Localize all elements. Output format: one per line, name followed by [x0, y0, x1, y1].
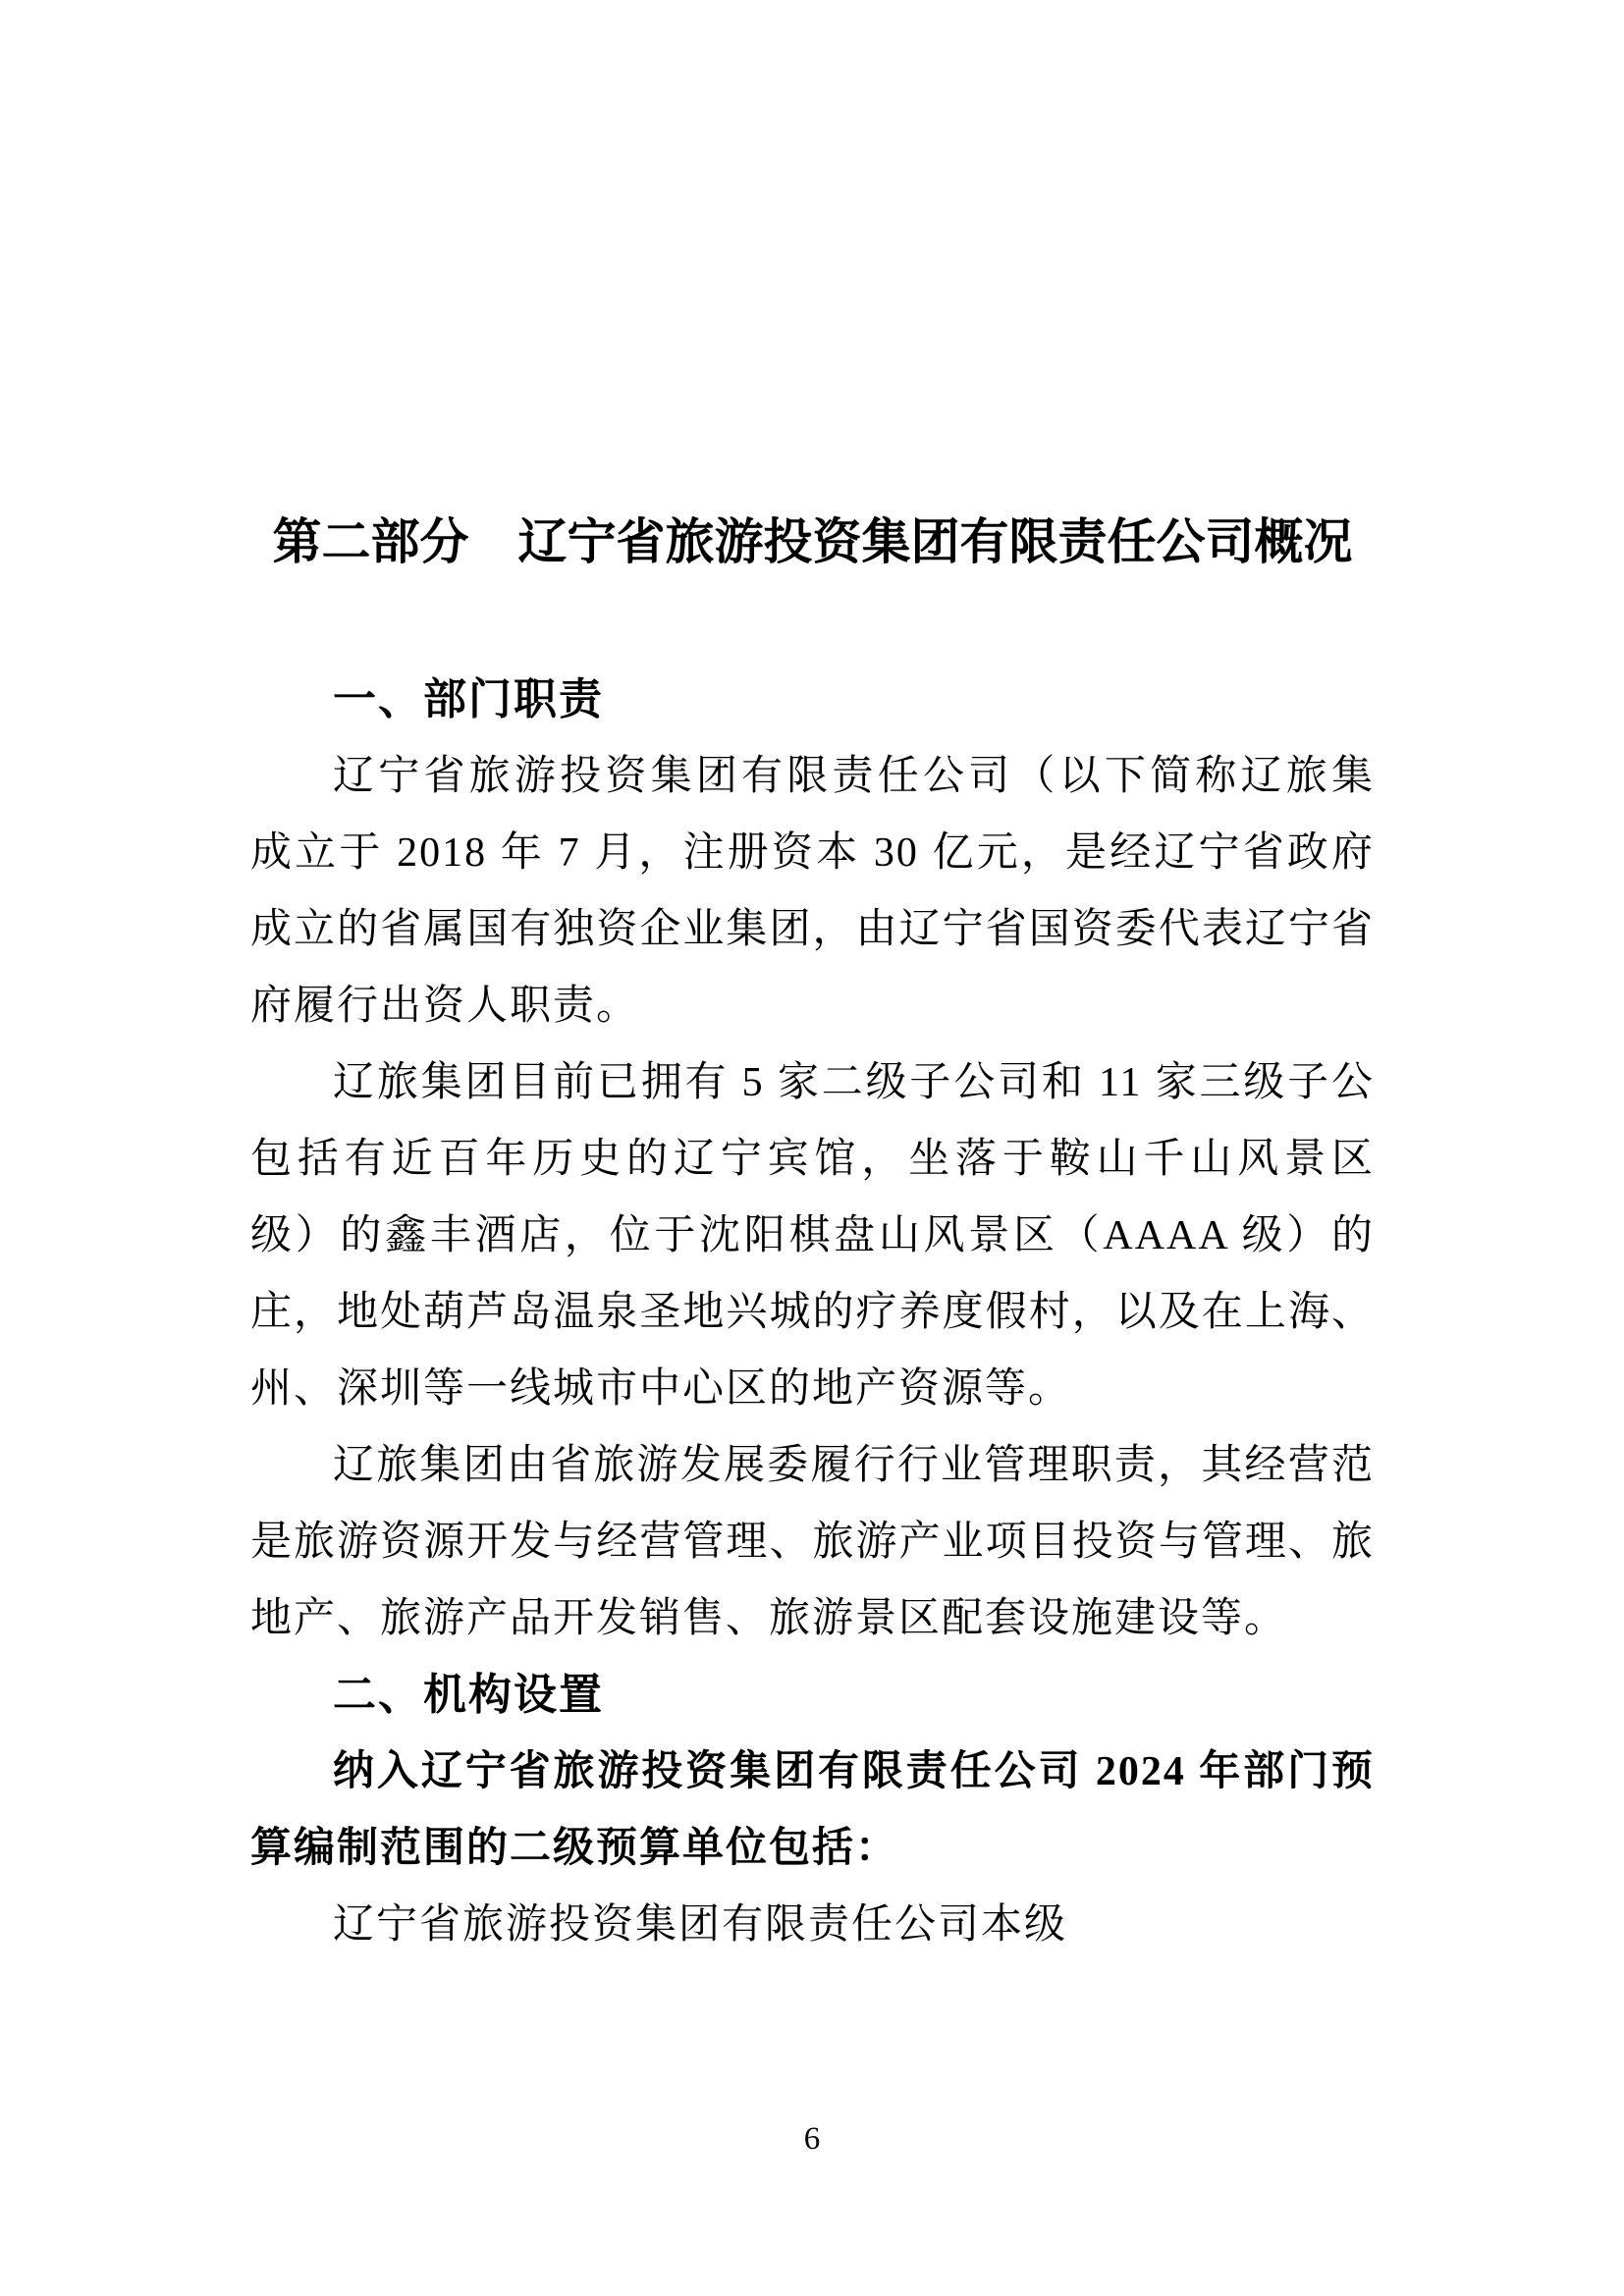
text-line: 算编制范围的二级预算单位包括：	[250, 1810, 1375, 1887]
text-line: 辽宁省旅游投资集团有限责任公司（以下简称辽旅集团）	[250, 738, 1375, 815]
text-line: 庄，地处葫芦岛温泉圣地兴城的疗养度假村，以及在上海、广	[250, 1274, 1375, 1351]
section-title: 第二部分 辽宁省旅游投资集团有限责任公司概况	[250, 504, 1375, 580]
text-line: 成立的省属国有独资企业集团，由辽宁省国资委代表辽宁省政	[250, 891, 1375, 968]
text-line: 辽旅集团由省旅游发展委履行行业管理职责，其经营范围	[250, 1427, 1375, 1504]
text-line: 是旅游资源开发与经营管理、旅游产业项目投资与管理、旅游	[250, 1504, 1375, 1580]
lines: 一、部门职责辽宁省旅游投资集团有限责任公司（以下简称辽旅集团）成立于 2018 …	[250, 662, 1375, 1963]
text-line: 成立于 2018 年 7 月，注册资本 30 亿元，是经辽宁省政府批准	[250, 815, 1375, 891]
document-page: 第二部分 辽宁省旅游投资集团有限责任公司概况 一、部门职责辽宁省旅游投资集团有限…	[0, 0, 1624, 2296]
text-line: 府履行出资人职责。	[250, 968, 1375, 1044]
section-heading: 一、部门职责	[250, 662, 1375, 738]
text-line: 州、深圳等一线城市中心区的地产资源等。	[250, 1351, 1375, 1427]
text-line: 包括有近百年历史的辽宁宾馆，坐落于鞍山千山风景区（AAAAA	[250, 1121, 1375, 1198]
text-line: 辽旅集团目前已拥有 5 家二级子公司和 11 家三级子公司，	[250, 1044, 1375, 1121]
text-line: 辽宁省旅游投资集团有限责任公司本级	[250, 1887, 1375, 1963]
page-number: 6	[0, 2118, 1624, 2160]
text-line: 纳入辽宁省旅游投资集团有限责任公司 2024 年部门预	[250, 1734, 1375, 1810]
text-line: 级）的鑫丰酒店，位于沈阳棋盘山风景区（AAAA 级）的玉龙山	[250, 1198, 1375, 1274]
section-heading: 二、机构设置	[250, 1657, 1375, 1734]
text-line: 地产、旅游产品开发销售、旅游景区配套设施建设等。	[250, 1580, 1375, 1657]
